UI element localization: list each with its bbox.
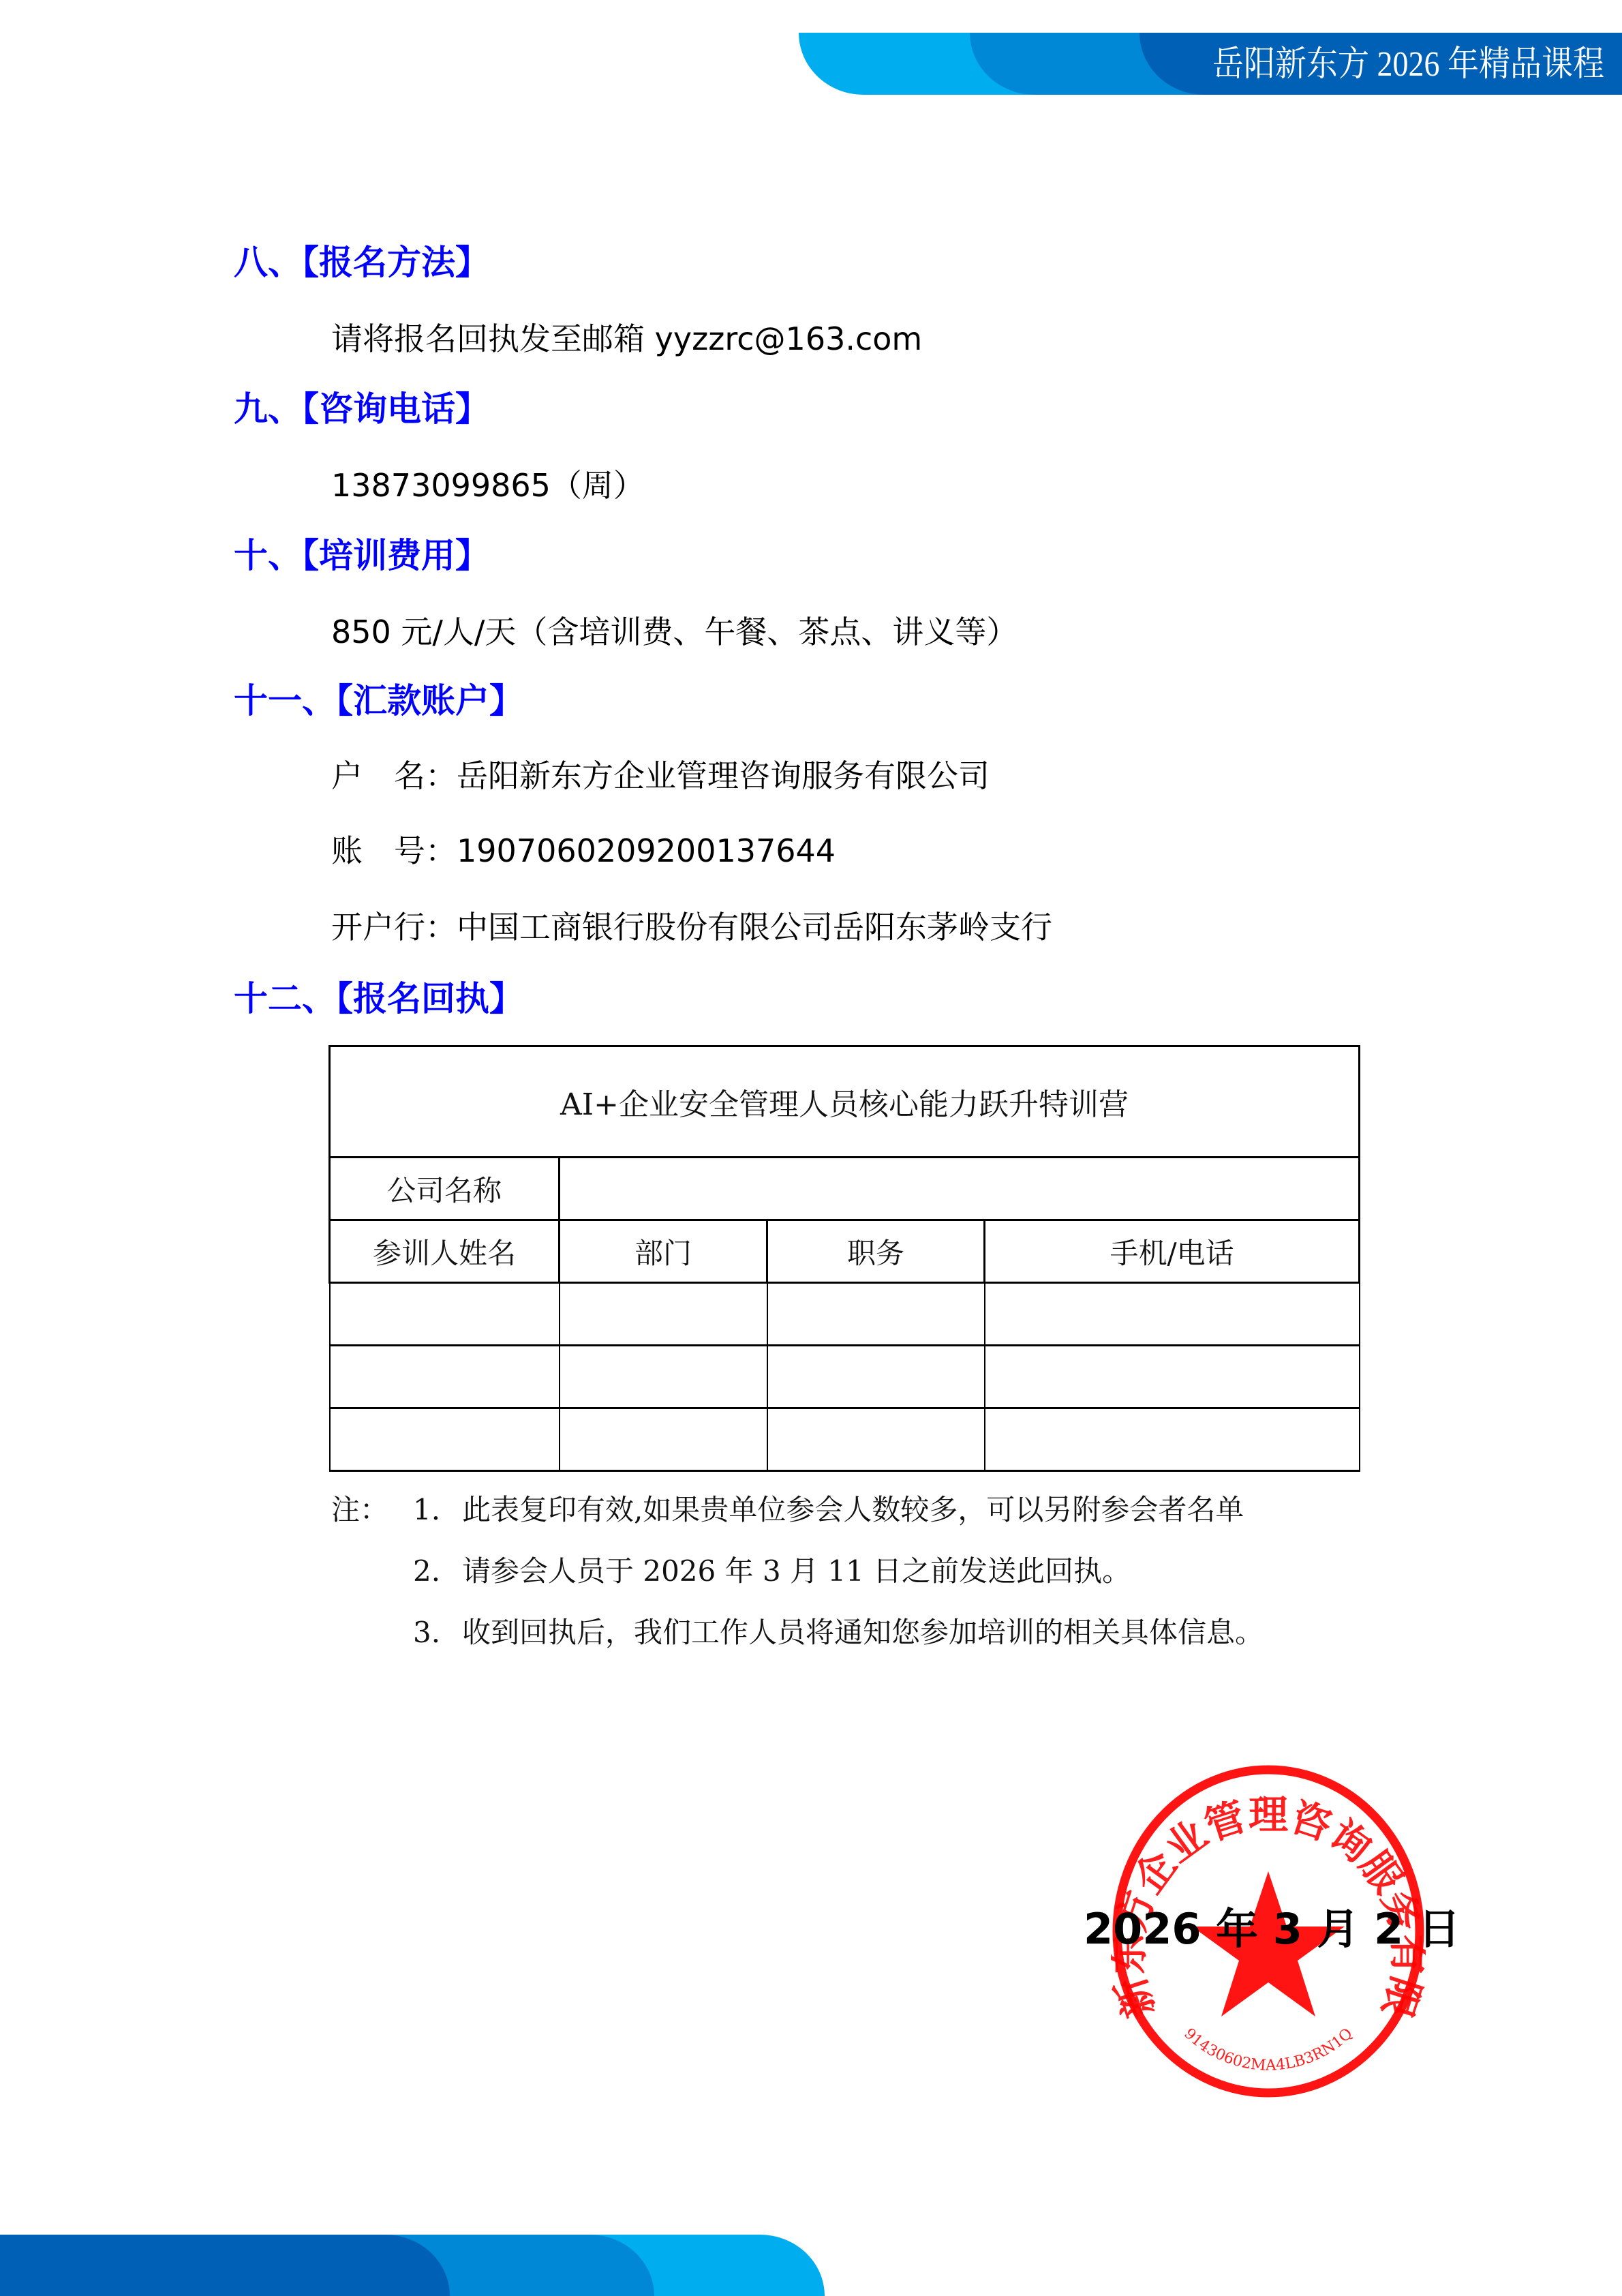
note-number: 1. — [413, 1491, 440, 1529]
form-title-row: AI+企业安全管理人员核心能力跃升特训营 — [330, 1046, 1360, 1158]
column-header-row: 参训人姓名 部门 职务 手机/电话 — [330, 1220, 1360, 1283]
document-date: 2026 年 3 月 2 日 — [1084, 1902, 1460, 1957]
company-name-field[interactable] — [560, 1158, 1360, 1220]
table-row — [330, 1346, 1360, 1408]
account-name-line: 户 名：岳阳新东方企业管理咨询服务有限公司 — [331, 755, 990, 796]
account-bank-line: 开户行：中国工商银行股份有限公司岳阳东茅岭支行 — [331, 907, 1052, 948]
column-header-phone: 手机/电话 — [985, 1220, 1360, 1283]
attendee-phone-field[interactable] — [985, 1283, 1360, 1346]
attendee-name-field[interactable] — [330, 1408, 560, 1471]
notes-label: 注： — [331, 1491, 388, 1529]
attendee-phone-field[interactable] — [985, 1346, 1360, 1408]
attendee-position-field[interactable] — [767, 1408, 985, 1471]
note-text: 此表复印有效,如果贵单位参会人数较多，可以另附参会者名单 — [462, 1491, 1244, 1529]
account-bank-label: 开户行： — [331, 907, 457, 948]
column-header-name: 参训人姓名 — [330, 1220, 560, 1283]
attendee-phone-field[interactable] — [985, 1408, 1360, 1471]
account-number-line: 账 号：1907060209200137644 — [331, 830, 836, 871]
section-heading-registration-receipt: 十二、【报名回执】 — [234, 978, 523, 1019]
contact-phone-text: 13873099865（周） — [331, 465, 645, 506]
section-heading-training-fee: 十、【培训费用】 — [234, 535, 489, 576]
section-heading-registration-method: 八、【报名方法】 — [234, 242, 489, 283]
attendee-department-field[interactable] — [560, 1408, 767, 1471]
attendee-name-field[interactable] — [330, 1283, 560, 1346]
column-header-position: 职务 — [767, 1220, 985, 1283]
account-name-label: 户 名： — [331, 755, 457, 796]
registration-method-text: 请将报名回执发至邮箱 yyzzrc@163.com — [331, 318, 922, 359]
account-number-value: 1907060209200137644 — [457, 832, 836, 869]
attendee-name-field[interactable] — [330, 1346, 560, 1408]
account-bank-value: 中国工商银行股份有限公司岳阳东茅岭支行 — [457, 909, 1052, 946]
training-fee-text: 850 元/人/天（含培训费、午餐、茶点、讲义等） — [331, 611, 1017, 652]
column-header-department: 部门 — [560, 1220, 767, 1283]
section-heading-remittance-account: 十一、【汇款账户】 — [234, 680, 523, 721]
registration-form-table: AI+企业安全管理人员核心能力跃升特训营 公司名称 参训人姓名 部门 职务 手机… — [328, 1045, 1360, 1472]
company-label: 公司名称 — [330, 1158, 560, 1220]
note-number: 2. — [413, 1552, 440, 1590]
note-number: 3. — [413, 1614, 440, 1652]
account-name-value: 岳阳新东方企业管理咨询服务有限公司 — [457, 757, 990, 794]
note-text: 收到回执后，我们工作人员将通知您参加培训的相关具体信息。 — [462, 1614, 1264, 1652]
header-title: 岳阳新东方 2026 年精品课程 — [1212, 29, 1604, 99]
footer-band-dark — [0, 2235, 450, 2296]
note-text: 请参会人员于 2026 年 3 月 11 日之前发送此回执。 — [462, 1552, 1131, 1590]
account-number-label: 账 号： — [331, 830, 457, 871]
form-title: AI+企业安全管理人员核心能力跃升特训营 — [330, 1046, 1360, 1158]
svg-text:91430602MA4LB3RN1Q: 91430602MA4LB3RN1Q — [1180, 2025, 1356, 2074]
company-row: 公司名称 — [330, 1158, 1360, 1220]
table-row — [330, 1408, 1360, 1471]
table-row — [330, 1283, 1360, 1346]
attendee-department-field[interactable] — [560, 1283, 767, 1346]
attendee-department-field[interactable] — [560, 1346, 767, 1408]
section-heading-contact-phone: 九、【咨询电话】 — [234, 389, 489, 429]
attendee-position-field[interactable] — [767, 1346, 985, 1408]
attendee-position-field[interactable] — [767, 1283, 985, 1346]
